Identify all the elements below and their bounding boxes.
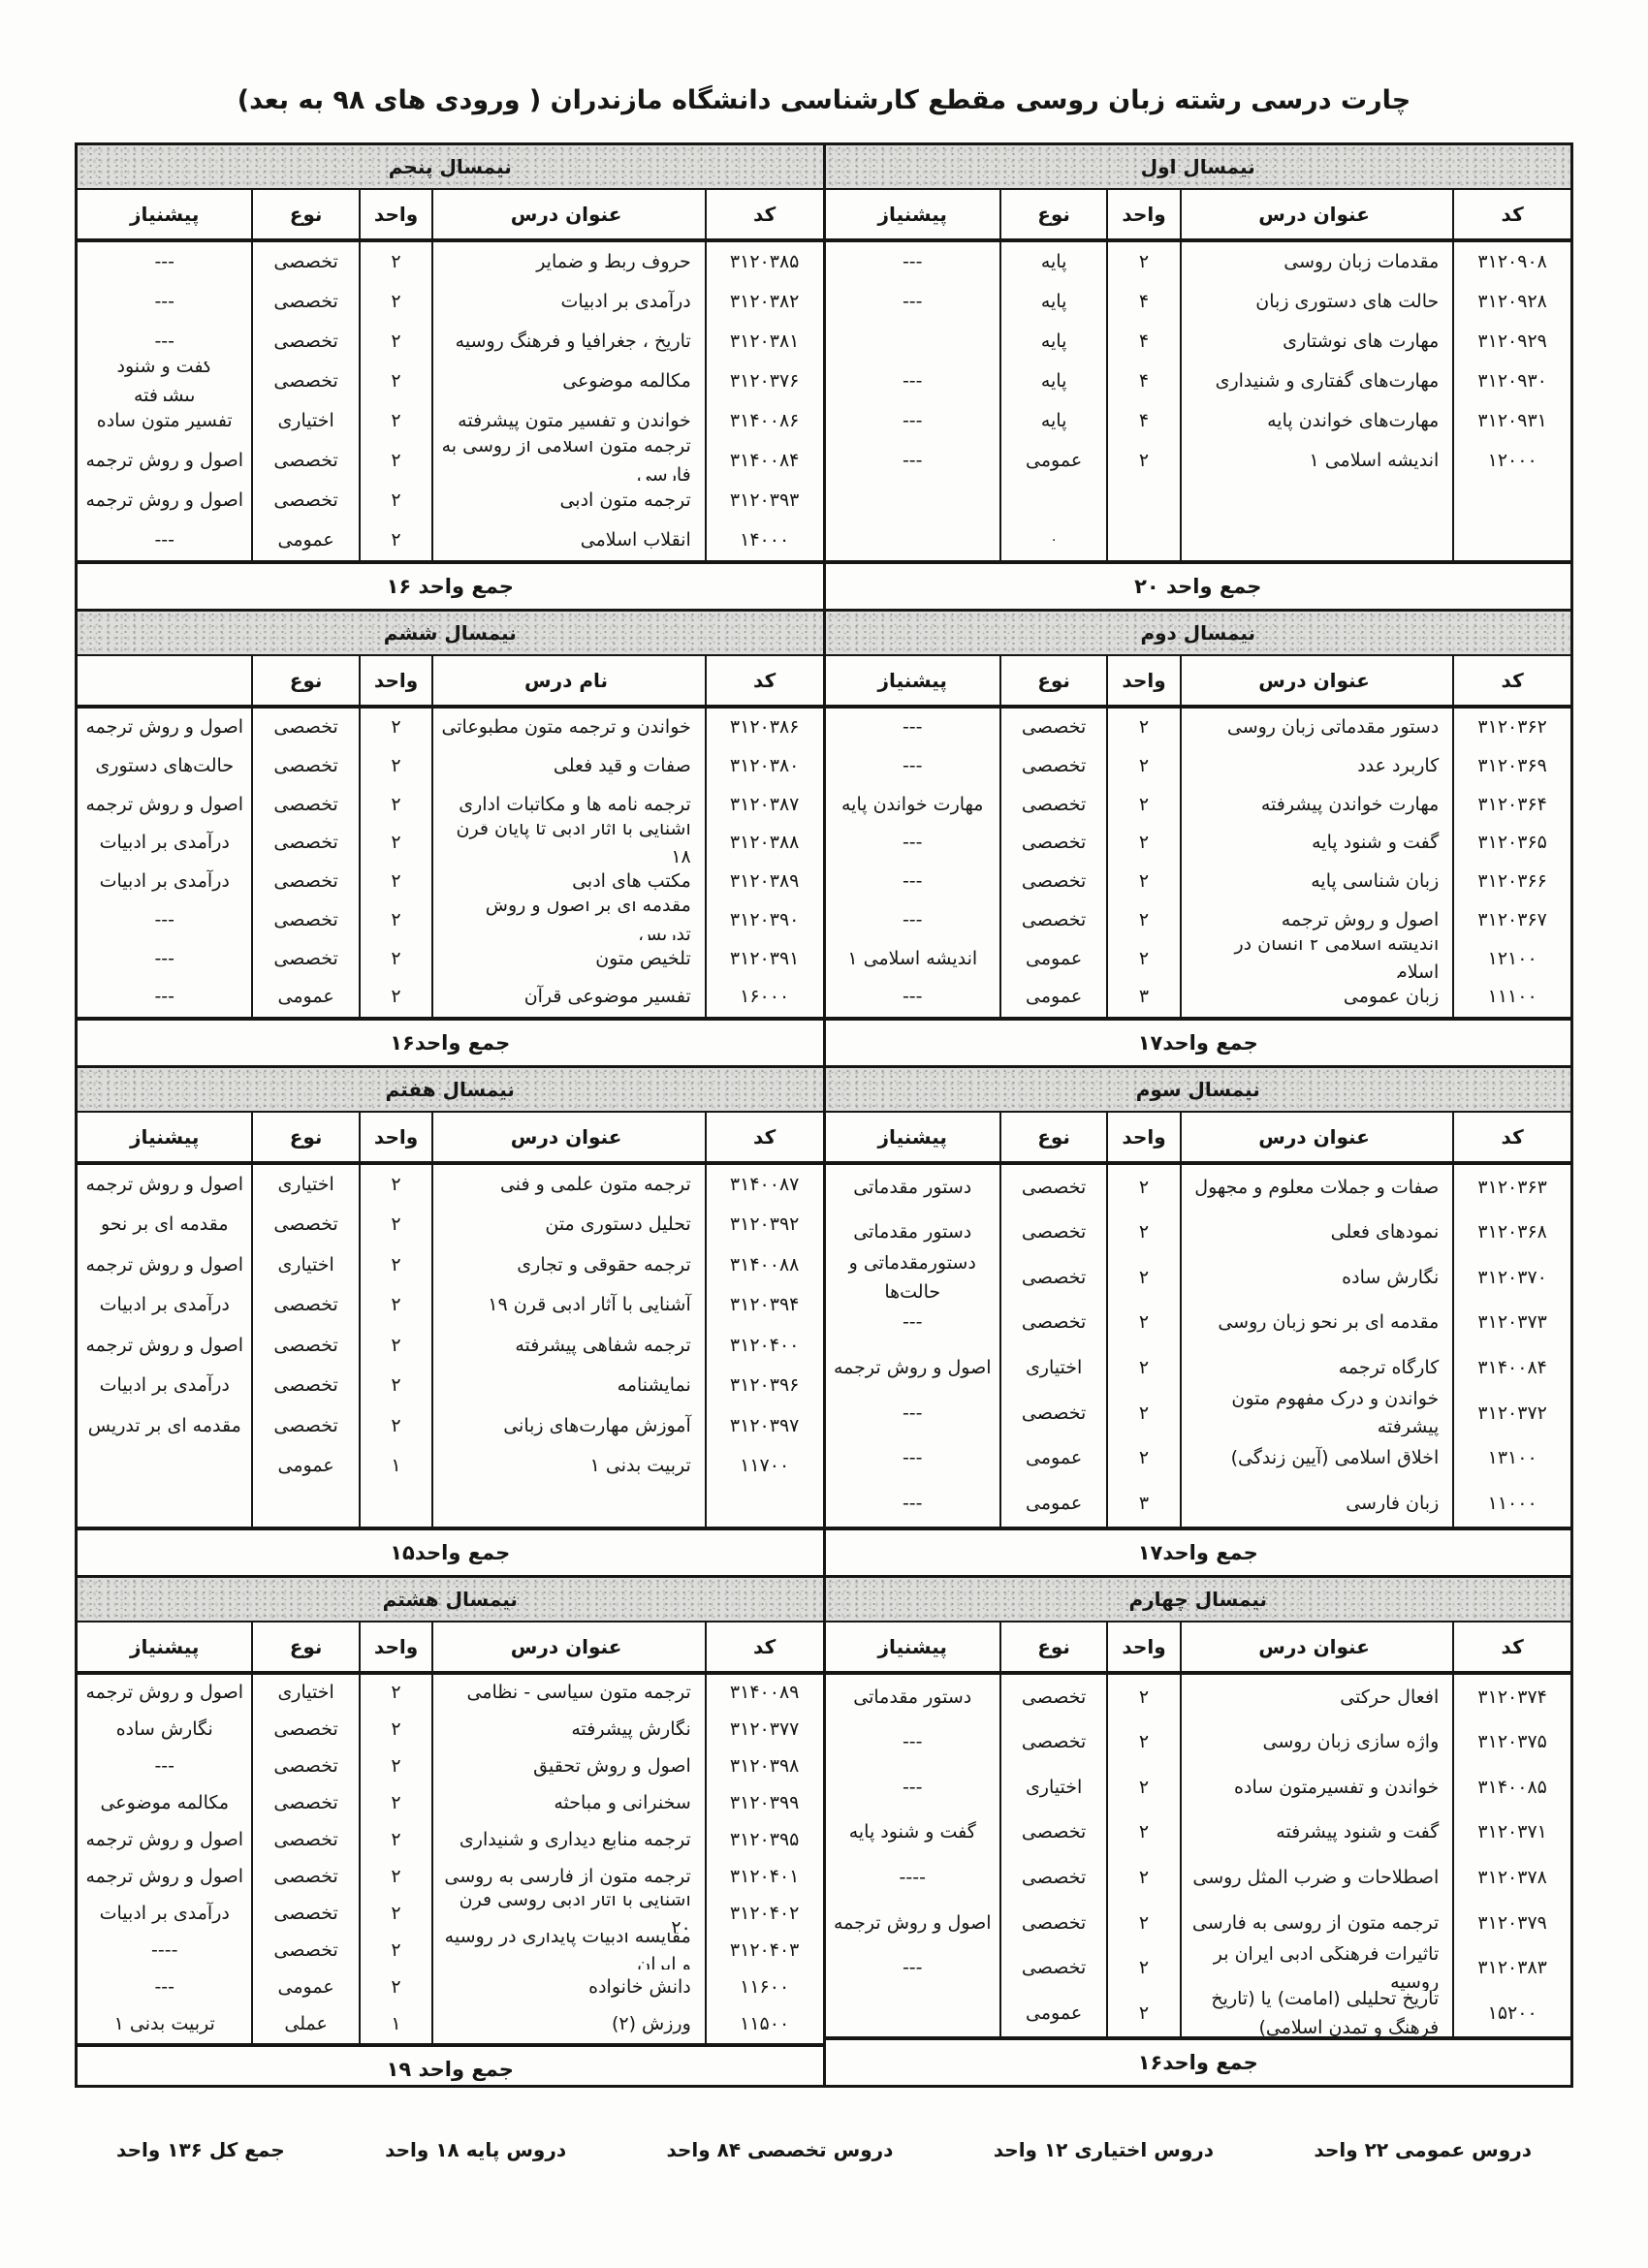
cell-course: مهارت‌های گفتاری و شنیداری bbox=[1182, 362, 1454, 401]
course-row: ۳۱۴۰۰۸۸ترجمه حقوقی و تجاری۲اختیاریاصول و… bbox=[78, 1245, 823, 1285]
cell-units: ۲ bbox=[361, 824, 434, 863]
cell-course: ورزش (۲) bbox=[433, 2006, 706, 2043]
course-row: ۳۱۲۰۳۹۰مقدمه ای بر اصول و روش تدریس۲تخصص… bbox=[78, 901, 823, 940]
cell-type: تخصصی bbox=[253, 709, 360, 747]
cell-prereq: اصول و روش ترجمه bbox=[78, 1165, 253, 1205]
total-units-bar: جمع واحد۱۶ bbox=[78, 1017, 823, 1065]
cell-course: خواندن و درک مفهوم متون پیشرفته bbox=[1182, 1391, 1454, 1436]
cell-prereq: ---- bbox=[78, 1933, 253, 1969]
cell-code: ۳۱۲۰۹۲۹ bbox=[1454, 322, 1570, 362]
cell-course: ترجمه متون از فارسی به روسی bbox=[433, 1859, 706, 1896]
cell-header-prereq: پیشنیاز bbox=[826, 656, 1001, 705]
cell-units: ۲ bbox=[361, 1165, 434, 1205]
cell-prereq: --- bbox=[78, 978, 253, 1017]
cell-units: ۲ bbox=[1108, 1991, 1182, 2036]
cell-type: تخصصی bbox=[253, 786, 360, 825]
cell-type: اختیاری bbox=[1001, 1346, 1108, 1392]
cell-units: ۲ bbox=[1108, 1946, 1182, 1992]
cell-type: تخصصی bbox=[253, 242, 360, 282]
cell-type: اختیاری bbox=[253, 1165, 360, 1205]
cell-code: ۳۱۲۰۳۹۶ bbox=[707, 1366, 823, 1405]
cell-code: ۳۱۲۰۳۶۸ bbox=[1454, 1211, 1570, 1256]
cell-course: اصول و روش ترجمه bbox=[1182, 901, 1454, 940]
semester-title: نیمسال هفتم bbox=[78, 1068, 823, 1113]
cell-code: ۳۱۲۰۳۸۳ bbox=[1454, 1946, 1570, 1992]
total-units-bar: جمع واحد۱۶ bbox=[826, 2036, 1571, 2085]
cell-course: تربیت بدنی ۱ bbox=[433, 1446, 706, 1486]
cell-type: عمومی bbox=[1001, 1991, 1108, 2036]
band-semesters-3-7: نیمسال سومکدعنوان درسواحدنوعپیشنیاز۳۱۲۰۳… bbox=[78, 1068, 1570, 1578]
cell-type: تخصصی bbox=[253, 1933, 360, 1969]
cell-header-prereq: پیشنیاز bbox=[78, 1113, 253, 1161]
cell-type: عمومی bbox=[1001, 1481, 1108, 1527]
cell-course: حروف ربط و ضمایر bbox=[433, 242, 706, 282]
cell-type: تخصصی bbox=[1001, 1811, 1108, 1856]
course-row: ۱۱۵۰۰ورزش (۲)۱عملیتربیت بدنی ۱ bbox=[78, 2006, 823, 2043]
cell-prereq: --- bbox=[78, 242, 253, 282]
cell-header-units: واحد bbox=[1108, 1113, 1182, 1161]
cell-course: گفت و شنود پیشرفته bbox=[1182, 1811, 1454, 1856]
cell-units: ۲ bbox=[1108, 747, 1182, 786]
cell-type: عمومی bbox=[1001, 441, 1108, 481]
cell-prereq: اصول و روش ترجمه bbox=[78, 786, 253, 825]
cell-code: ۳۱۲۰۳۷۶ bbox=[707, 362, 823, 401]
cell-code: ۳۱۲۰۳۶۶ bbox=[1454, 863, 1570, 901]
cell-type: تخصصی bbox=[1001, 1946, 1108, 1992]
cell-type: پایه bbox=[1001, 242, 1108, 282]
cell-prereq bbox=[826, 322, 1001, 362]
semester-8-block: نیمسال هشتمکدعنوان درسواحدنوعپیشنیاز۳۱۴۰… bbox=[78, 1578, 826, 2085]
cell-prereq: اصول و روش ترجمه bbox=[78, 1822, 253, 1859]
cell-course: کارگاه ترجمه bbox=[1182, 1346, 1454, 1392]
cell-course: تحلیل دستوری متن bbox=[433, 1205, 706, 1244]
cell-course: ترجمه منابع دیداری و شنیداری bbox=[433, 1822, 706, 1859]
cell-type: پایه bbox=[1001, 401, 1108, 441]
cell-units: ۲ bbox=[361, 401, 434, 441]
course-row: ۳۱۴۰۰۸۴ترجمه متون اسلامی از روسی به فارس… bbox=[78, 441, 823, 481]
cell-type: تخصصی bbox=[253, 940, 360, 979]
course-row: ۳۱۲۰۳۶۴مهارت خواندن پیشرفته۲تخصصیمهارت خ… bbox=[826, 786, 1571, 825]
semester-title: نیمسال اول bbox=[826, 145, 1571, 190]
course-row: ۳۱۲۰۳۶۲دستور مقدماتی زبان روسی۲تخصصی--- bbox=[826, 709, 1571, 747]
scanned-curriculum-page: چارت درسی رشته زبان روسی مقطع کارشناسی د… bbox=[0, 0, 1648, 2268]
cell-units: ۲ bbox=[361, 1785, 434, 1822]
cell-prereq: --- bbox=[826, 401, 1001, 441]
cell-course: ترجمه متون از روسی به فارسی bbox=[1182, 1901, 1454, 1946]
cell-course: آموزش مهارت‌های زبانی bbox=[433, 1406, 706, 1446]
cell-units: ۲ bbox=[361, 901, 434, 940]
cell-code bbox=[707, 1487, 823, 1527]
cell-prereq: --- bbox=[78, 322, 253, 362]
cell-course: تاریخ ، جغرافیا و فرهنگ روسیه bbox=[433, 322, 706, 362]
cell-header-type: نوع bbox=[1001, 1622, 1108, 1671]
course-row: ۱۱۷۰۰تربیت بدنی ۱۱عمومی bbox=[78, 1446, 823, 1486]
cell-units: ۲ bbox=[361, 242, 434, 282]
cell-units: ۲ bbox=[361, 1326, 434, 1366]
cell-code: ۳۱۲۰۳۶۲ bbox=[1454, 709, 1570, 747]
semester-title: نیمسال پنجم bbox=[78, 145, 823, 190]
cell-course: مکتب های ادبی bbox=[433, 863, 706, 901]
cell-units: ۲ bbox=[1108, 901, 1182, 940]
cell-units: ۴ bbox=[1108, 322, 1182, 362]
cell-type: اختیاری bbox=[253, 1245, 360, 1285]
course-row: ۳۱۲۰۳۷۸اصطلاحات و ضرب المثل روسی۲تخصصی--… bbox=[826, 1856, 1571, 1902]
cell-course: ترجمه متون ادبی bbox=[433, 481, 706, 520]
cell-units: ۲ bbox=[1108, 1901, 1182, 1946]
cell-code: ۳۱۴۰۰۸۹ bbox=[707, 1675, 823, 1712]
course-row: ۳۱۲۰۳۷۷نگارش پیشرفته۲تخصصینگارش ساده bbox=[78, 1712, 823, 1748]
cell-code: ۳۱۲۰۳۸۱ bbox=[707, 322, 823, 362]
semester-3-block: نیمسال سومکدعنوان درسواحدنوعپیشنیاز۳۱۲۰۳… bbox=[826, 1068, 1571, 1575]
column-header-row: کدعنوان درسواحدنوعپیشنیاز bbox=[826, 190, 1571, 242]
cell-type: اختیاری bbox=[1001, 1765, 1108, 1811]
cell-header-units: واحد bbox=[361, 1622, 434, 1671]
page-title: چارت درسی رشته زبان روسی مقطع کارشناسی د… bbox=[0, 0, 1648, 115]
cell-course: دانش خانواده bbox=[433, 1969, 706, 2006]
cell-units: ۲ bbox=[361, 1406, 434, 1446]
course-row: ۳۱۲۰۳۷۲خواندن و درک مفهوم متون پیشرفته۲ت… bbox=[826, 1391, 1571, 1436]
course-row: ۳۱۲۰۴۰۱ترجمه متون از فارسی به روسی۲تخصصی… bbox=[78, 1859, 823, 1896]
total-units-bar: جمع واحد ۱۹ bbox=[78, 2043, 823, 2092]
footer-item-basic: دروس پایه ۱۸ واحد bbox=[385, 2138, 566, 2161]
cell-type: تخصصی bbox=[253, 1205, 360, 1244]
total-units-bar: جمع واحد۱۷ bbox=[826, 1527, 1571, 1575]
course-row: ۳۱۲۰۳۹۸اصول و روش تحقیق۲تخصصی--- bbox=[78, 1748, 823, 1785]
cell-header-type: نوع bbox=[253, 1113, 360, 1161]
cell-type: تخصصی bbox=[1001, 1211, 1108, 1256]
cell-units: ۲ bbox=[361, 1859, 434, 1896]
cell-header-code: کد bbox=[1454, 1113, 1570, 1161]
cell-code: ۱۱۰۰۰ bbox=[1454, 1481, 1570, 1527]
cell-type: تخصصی bbox=[253, 362, 360, 401]
course-row: ۳۱۲۰۳۹۲تحلیل دستوری متن۲تخصصیمقدمه ای بر… bbox=[78, 1205, 823, 1244]
semester-5-block: نیمسال پنجمکدعنوان درسواحدنوعپیشنیاز۳۱۲۰… bbox=[78, 145, 826, 609]
cell-course: نمایشنامه bbox=[433, 1366, 706, 1405]
cell-type: تخصصی bbox=[253, 863, 360, 901]
cell-units: ۳ bbox=[1108, 978, 1182, 1017]
course-row: ۱۳۱۰۰اخلاق اسلامی (آیین زندگی)۲عمومی--- bbox=[826, 1436, 1571, 1482]
cell-units: ۲ bbox=[1108, 863, 1182, 901]
course-row bbox=[826, 481, 1571, 520]
cell-course: مقایسه ادبیات پایداری در روسیه و ایران bbox=[433, 1933, 706, 1969]
course-row: ۳۱۲۰۳۷۳مقدمه ای بر نحو زبان روسی۲تخصصی--… bbox=[826, 1301, 1571, 1346]
cell-header-code: کد bbox=[1454, 1622, 1570, 1671]
cell-prereq: مکالمه موضوعی bbox=[78, 1785, 253, 1822]
cell-code: ۳۱۴۰۰۸۴ bbox=[1454, 1346, 1570, 1392]
cell-header-type: نوع bbox=[1001, 190, 1108, 238]
cell-header-type: نوع bbox=[253, 190, 360, 238]
cell-type: تخصصی bbox=[253, 901, 360, 940]
course-row: ۳۱۲۰۳۹۱تلخیص متون۲تخصصی--- bbox=[78, 940, 823, 979]
cell-header-prereq bbox=[78, 656, 253, 705]
cell-type: تخصصی bbox=[1001, 786, 1108, 825]
cell-course: زبان شناسی پایه bbox=[1182, 863, 1454, 901]
cell-course: ترجمه نامه ها و مکاتبات اداری bbox=[433, 786, 706, 825]
cell-prereq: --- bbox=[826, 978, 1001, 1017]
cell-units: ۲ bbox=[1108, 824, 1182, 863]
cell-type: تخصصی bbox=[253, 1712, 360, 1748]
course-row: ۳۱۲۰۳۶۶زبان شناسی پایه۲تخصصی--- bbox=[826, 863, 1571, 901]
cell-units: ۲ bbox=[361, 1969, 434, 2006]
cell-type: تخصصی bbox=[253, 1406, 360, 1446]
cell-prereq bbox=[826, 520, 1001, 560]
cell-type: عمومی bbox=[1001, 978, 1108, 1017]
cell-header-prereq: پیشنیاز bbox=[826, 1113, 1001, 1161]
cell-code: ۱۲۰۰۰ bbox=[1454, 441, 1570, 481]
cell-units: ۲ bbox=[1108, 441, 1182, 481]
footer-item-specialized: دروس تخصصی ۸۴ واحد bbox=[666, 2138, 893, 2161]
cell-course: مقدمه ای بر نحو زبان روسی bbox=[1182, 1301, 1454, 1346]
cell-code: ۳۱۲۰۹۳۰ bbox=[1454, 362, 1570, 401]
cell-code: ۳۱۲۰۳۸۸ bbox=[707, 824, 823, 863]
cell-units: ۲ bbox=[361, 322, 434, 362]
cell-prereq: --- bbox=[78, 1748, 253, 1785]
cell-units: ۲ bbox=[1108, 709, 1182, 747]
cell-units bbox=[361, 1487, 434, 1527]
cell-units: ۲ bbox=[1108, 1211, 1182, 1256]
cell-prereq: --- bbox=[826, 824, 1001, 863]
curriculum-chart-table: نیمسال اولکدعنوان درسواحدنوعپیشنیاز۳۱۲۰۹… bbox=[75, 142, 1573, 2088]
cell-units: ۲ bbox=[1108, 242, 1182, 282]
course-row: ۳۱۲۰۹۰۸مقدمات زبان روسی۲پایه--- bbox=[826, 242, 1571, 282]
cell-course: آشنایی با آثار ادبی روسی قرن ۲۰ bbox=[433, 1896, 706, 1933]
cell-course: ترجمه متون سیاسی - نظامی bbox=[433, 1675, 706, 1712]
cell-code: ۳۱۲۰۳۹۴ bbox=[707, 1285, 823, 1325]
cell-code: ۳۱۲۰۳۸۵ bbox=[707, 242, 823, 282]
cell-units: ۲ bbox=[361, 481, 434, 520]
cell-units: ۲ bbox=[361, 747, 434, 786]
cell-prereq: اصول و روش ترجمه bbox=[826, 1346, 1001, 1392]
course-row: ۳۱۲۰۳۹۶نمایشنامه۲تخصصیدرآمدی بر ادبیات bbox=[78, 1366, 823, 1405]
cell-units: ۲ bbox=[361, 1822, 434, 1859]
cell-code: ۱۵۲۰۰ bbox=[1454, 1991, 1570, 2036]
cell-type: تخصصی bbox=[1001, 1255, 1108, 1301]
course-row: ۳۱۲۰۹۳۰مهارت‌های گفتاری و شنیداری۴پایه--… bbox=[826, 362, 1571, 401]
cell-course: ترجمه شفاهی پیشرفته bbox=[433, 1326, 706, 1366]
course-row: ۳۱۲۰۳۶۸نمودهای فعلی۲تخصصیدستور مقدماتی bbox=[826, 1211, 1571, 1256]
cell-code: ۳۱۲۰۳۷۰ bbox=[1454, 1255, 1570, 1301]
cell-course: نمودهای فعلی bbox=[1182, 1211, 1454, 1256]
course-row: ۳۱۴۰۰۸۴کارگاه ترجمه۲اختیاریاصول و روش تر… bbox=[826, 1346, 1571, 1392]
column-header-row: کدعنوان درسواحدنوعپیشنیاز bbox=[78, 190, 823, 242]
cell-course: آشنایی با آثار ادبی قرن ۱۹ bbox=[433, 1285, 706, 1325]
course-rows: ۳۱۲۰۳۸۵حروف ربط و ضمایر۲تخصصی---۳۱۲۰۳۸۲د… bbox=[78, 242, 823, 560]
cell-course bbox=[433, 1487, 706, 1527]
cell-prereq: --- bbox=[826, 747, 1001, 786]
cell-type: پایه bbox=[1001, 282, 1108, 322]
cell-units: ۲ bbox=[361, 978, 434, 1017]
cell-units: ۲ bbox=[361, 1748, 434, 1785]
cell-units: ۲ bbox=[1108, 1720, 1182, 1766]
cell-course bbox=[1182, 520, 1454, 560]
cell-units: ۲ bbox=[361, 441, 434, 481]
cell-course: نگارش ساده bbox=[1182, 1255, 1454, 1301]
cell-prereq: اصول و روش ترجمه bbox=[78, 1675, 253, 1712]
course-row: ۳۱۴۰۰۸۵خواندن و تفسیرمتون ساده۲اختیاری--… bbox=[826, 1765, 1571, 1811]
cell-units: ۲ bbox=[361, 1205, 434, 1244]
cell-units: ۲ bbox=[361, 520, 434, 560]
cell-prereq: --- bbox=[826, 863, 1001, 901]
cell-code: ۳۱۲۰۳۸۶ bbox=[707, 709, 823, 747]
cell-units: ۴ bbox=[1108, 362, 1182, 401]
cell-code: ۳۱۲۰۳۹۸ bbox=[707, 1748, 823, 1785]
course-rows: ۳۱۴۰۰۸۷ترجمه متون علمی و فنی۲اختیاریاصول… bbox=[78, 1165, 823, 1527]
cell-code: ۳۱۲۰۳۸۰ bbox=[707, 747, 823, 786]
cell-code: ۳۱۲۰۳۷۵ bbox=[1454, 1720, 1570, 1766]
cell-prereq: تربیت بدنی ۱ bbox=[78, 2006, 253, 2043]
cell-type: تخصصی bbox=[253, 441, 360, 481]
cell-code: ۱۶۰۰۰ bbox=[707, 978, 823, 1017]
cell-units: ۲ bbox=[1108, 1436, 1182, 1482]
cell-code bbox=[1454, 481, 1570, 520]
cell-header-units: واحد bbox=[1108, 1622, 1182, 1671]
cell-code: ۳۱۲۰۳۶۳ bbox=[1454, 1165, 1570, 1211]
course-row: ۳۱۲۰۳۷۴افعال حرکتی۲تخصصیدستور مقدماتی bbox=[826, 1675, 1571, 1720]
cell-code: ۳۱۴۰۰۸۸ bbox=[707, 1245, 823, 1285]
cell-code: ۳۱۴۰۰۸۶ bbox=[707, 401, 823, 441]
cell-course: صفات و جملات معلوم و مجهول bbox=[1182, 1165, 1454, 1211]
cell-type: عمومی bbox=[253, 1969, 360, 2006]
cell-units: ۲ bbox=[361, 1245, 434, 1285]
cell-header-code: کد bbox=[707, 190, 823, 238]
cell-course: مقدمات زبان روسی bbox=[1182, 242, 1454, 282]
semester-2-block: نیمسال دومکدعنوان درسواحدنوعپیشنیاز۳۱۲۰۳… bbox=[826, 612, 1571, 1065]
course-row: ۳۱۲۰۳۸۶خواندن و ترجمه متون مطبوعاتی۲تخصص… bbox=[78, 709, 823, 747]
cell-header-prereq: پیشنیاز bbox=[826, 190, 1001, 238]
cell-type: تخصصی bbox=[1001, 1720, 1108, 1766]
course-rows: ۳۱۲۰۳۸۶خواندن و ترجمه متون مطبوعاتی۲تخصص… bbox=[78, 709, 823, 1017]
cell-course: ترجمه متون اسلامی از روسی به فارسی bbox=[433, 441, 706, 481]
cell-prereq: اصول و روش ترجمه bbox=[78, 709, 253, 747]
cell-type: تخصصی bbox=[1001, 863, 1108, 901]
cell-header-course: عنوان درس bbox=[1182, 656, 1454, 705]
cell-units: ۲ bbox=[1108, 940, 1182, 979]
cell-header-type: نوع bbox=[253, 1622, 360, 1671]
course-row: ۱۴۰۰۰انقلاب اسلامی۲عمومی--- bbox=[78, 520, 823, 560]
cell-prereq: نگارش ساده bbox=[78, 1712, 253, 1748]
course-row: ۳۱۲۰۳۶۳صفات و جملات معلوم و مجهول۲تخصصید… bbox=[826, 1165, 1571, 1211]
cell-code: ۳۱۲۰۳۸۹ bbox=[707, 863, 823, 901]
cell-prereq: گفت و شنود پیشرفته bbox=[78, 362, 253, 401]
cell-code: ۳۱۲۰۳۶۹ bbox=[1454, 747, 1570, 786]
cell-code: ۳۱۲۰۴۰۰ bbox=[707, 1326, 823, 1366]
course-row: ۳۱۲۰۳۶۹کاربرد عدد۲تخصصی--- bbox=[826, 747, 1571, 786]
cell-code: ۱۱۷۰۰ bbox=[707, 1446, 823, 1486]
cell-units: ۲ bbox=[1108, 786, 1182, 825]
course-row: ۳۱۲۰۹۳۱مهارت‌های خواندن پایه۴پایه--- bbox=[826, 401, 1571, 441]
semester-6-block: نیمسال ششمکدنام درسواحدنوع۳۱۲۰۳۸۶خواندن … bbox=[78, 612, 826, 1065]
semester-title: نیمسال دوم bbox=[826, 612, 1571, 656]
cell-course: مکالمه موضوعی bbox=[433, 362, 706, 401]
cell-type: عمومی bbox=[253, 978, 360, 1017]
cell-code: ۳۱۲۰۴۰۲ bbox=[707, 1896, 823, 1933]
column-header-row: کدعنوان درسواحدنوعپیشنیاز bbox=[78, 1113, 823, 1165]
course-row bbox=[78, 1487, 823, 1527]
cell-course: گفت و شنود پایه bbox=[1182, 824, 1454, 863]
course-row: ۱۲۰۰۰اندیشه اسلامی ۱۲عمومی--- bbox=[826, 441, 1571, 481]
cell-code: ۳۱۴۰۰۸۵ bbox=[1454, 1765, 1570, 1811]
course-row: ۳۱۲۰۳۷۵واژه سازی زبان روسی۲تخصصی--- bbox=[826, 1720, 1571, 1766]
cell-header-units: واحد bbox=[1108, 656, 1182, 705]
cell-prereq: --- bbox=[826, 1391, 1001, 1436]
cell-type: تخصصی bbox=[253, 1326, 360, 1366]
cell-type: تخصصی bbox=[1001, 824, 1108, 863]
cell-prereq: درآمدی بر ادبیات bbox=[78, 824, 253, 863]
cell-code: ۳۱۲۰۳۶۵ bbox=[1454, 824, 1570, 863]
cell-units: ۱ bbox=[361, 2006, 434, 2043]
cell-header-code: کد bbox=[1454, 190, 1570, 238]
cell-units: ۲ bbox=[361, 1675, 434, 1712]
cell-type: تخصصی bbox=[253, 824, 360, 863]
band-semesters-2-6: نیمسال دومکدعنوان درسواحدنوعپیشنیاز۳۱۲۰۳… bbox=[78, 612, 1570, 1068]
cell-code: ۳۱۲۰۳۹۱ bbox=[707, 940, 823, 979]
cell-prereq: درآمدی بر ادبیات bbox=[78, 1896, 253, 1933]
course-row: ۱۵۲۰۰تاریخ تحلیلی (امامت) یا (تاریخ فرهن… bbox=[826, 1991, 1571, 2036]
cell-type: تخصصی bbox=[1001, 1301, 1108, 1346]
cell-type bbox=[253, 1487, 360, 1527]
cell-header-prereq: پیشنیاز bbox=[826, 1622, 1001, 1671]
cell-course: خواندن و ترجمه متون مطبوعاتی bbox=[433, 709, 706, 747]
cell-code: ۳۱۴۰۰۸۷ bbox=[707, 1165, 823, 1205]
cell-course: نگارش پیشرفته bbox=[433, 1712, 706, 1748]
cell-prereq: --- bbox=[826, 901, 1001, 940]
cell-header-prereq: پیشنیاز bbox=[78, 190, 253, 238]
course-rows: ۳۱۲۰۹۰۸مقدمات زبان روسی۲پایه---۳۱۲۰۹۲۸حا… bbox=[826, 242, 1571, 560]
cell-header-units: واحد bbox=[1108, 190, 1182, 238]
cell-code: ۳۱۲۰۳۹۵ bbox=[707, 1822, 823, 1859]
cell-units: ۲ bbox=[1108, 1301, 1182, 1346]
cell-type: عمومی bbox=[253, 1446, 360, 1486]
cell-course: خواندن و تفسیر متون پیشرفته bbox=[433, 401, 706, 441]
semester-title: نیمسال هشتم bbox=[78, 1578, 823, 1622]
cell-header-course: عنوان درس bbox=[1182, 190, 1454, 238]
cell-type: تخصصی bbox=[253, 1896, 360, 1933]
cell-header-units: واحد bbox=[361, 656, 434, 705]
cell-units: ۳ bbox=[1108, 1481, 1182, 1527]
cell-type: تخصصی bbox=[1001, 1391, 1108, 1436]
total-units-bar: جمع واحد۱۷ bbox=[826, 1017, 1571, 1065]
cell-header-course: عنوان درس bbox=[1182, 1622, 1454, 1671]
column-header-row: کدعنوان درسواحدنوعپیشنیاز bbox=[826, 656, 1571, 709]
cell-code: ۳۱۲۰۳۷۲ bbox=[1454, 1391, 1570, 1436]
semester-title: نیمسال چهارم bbox=[826, 1578, 1571, 1622]
cell-prereq: اصول و روش ترجمه bbox=[78, 1859, 253, 1896]
cell-units: ۲ bbox=[1108, 1675, 1182, 1720]
cell-course: مقدمه ای بر اصول و روش تدریس bbox=[433, 901, 706, 940]
column-header-row: کدعنوان درسواحدنوعپیشنیاز bbox=[826, 1113, 1571, 1165]
course-row: ٠ bbox=[826, 520, 1571, 560]
course-row: ۳۱۲۰۳۸۱تاریخ ، جغرافیا و فرهنگ روسیه۲تخص… bbox=[78, 322, 823, 362]
cell-type: تخصصی bbox=[1001, 1165, 1108, 1211]
cell-type: تخصصی bbox=[253, 481, 360, 520]
course-rows: ۳۱۲۰۳۷۴افعال حرکتی۲تخصصیدستور مقدماتی۳۱۲… bbox=[826, 1675, 1571, 2036]
cell-prereq: اصول و روش ترجمه bbox=[78, 1245, 253, 1285]
cell-code: ۳۱۲۰۳۹۰ bbox=[707, 901, 823, 940]
cell-prereq: مهارت خواندن پایه bbox=[826, 786, 1001, 825]
cell-prereq: اصول و روش ترجمه bbox=[826, 1901, 1001, 1946]
cell-prereq: اندیشه اسلامی ۱ bbox=[826, 940, 1001, 979]
cell-type: ٠ bbox=[1001, 520, 1108, 560]
footer-summary: دروس عمومی ۲۲ واحد دروس اختیاری ۱۲ واحد … bbox=[116, 2138, 1532, 2161]
cell-header-type: نوع bbox=[253, 656, 360, 705]
course-row: ۳۱۲۰۳۹۷آموزش مهارت‌های زبانی۲تخصصیمقدمه … bbox=[78, 1406, 823, 1446]
cell-prereq: اصول و روش ترجمه bbox=[78, 441, 253, 481]
cell-type: تخصصی bbox=[253, 1822, 360, 1859]
course-row: ۳۱۲۰۳۸۵حروف ربط و ضمایر۲تخصصی--- bbox=[78, 242, 823, 282]
cell-prereq: مقدمه ای بر تدریس bbox=[78, 1406, 253, 1446]
cell-prereq: درآمدی بر ادبیات bbox=[78, 1285, 253, 1325]
cell-type: پایه bbox=[1001, 322, 1108, 362]
